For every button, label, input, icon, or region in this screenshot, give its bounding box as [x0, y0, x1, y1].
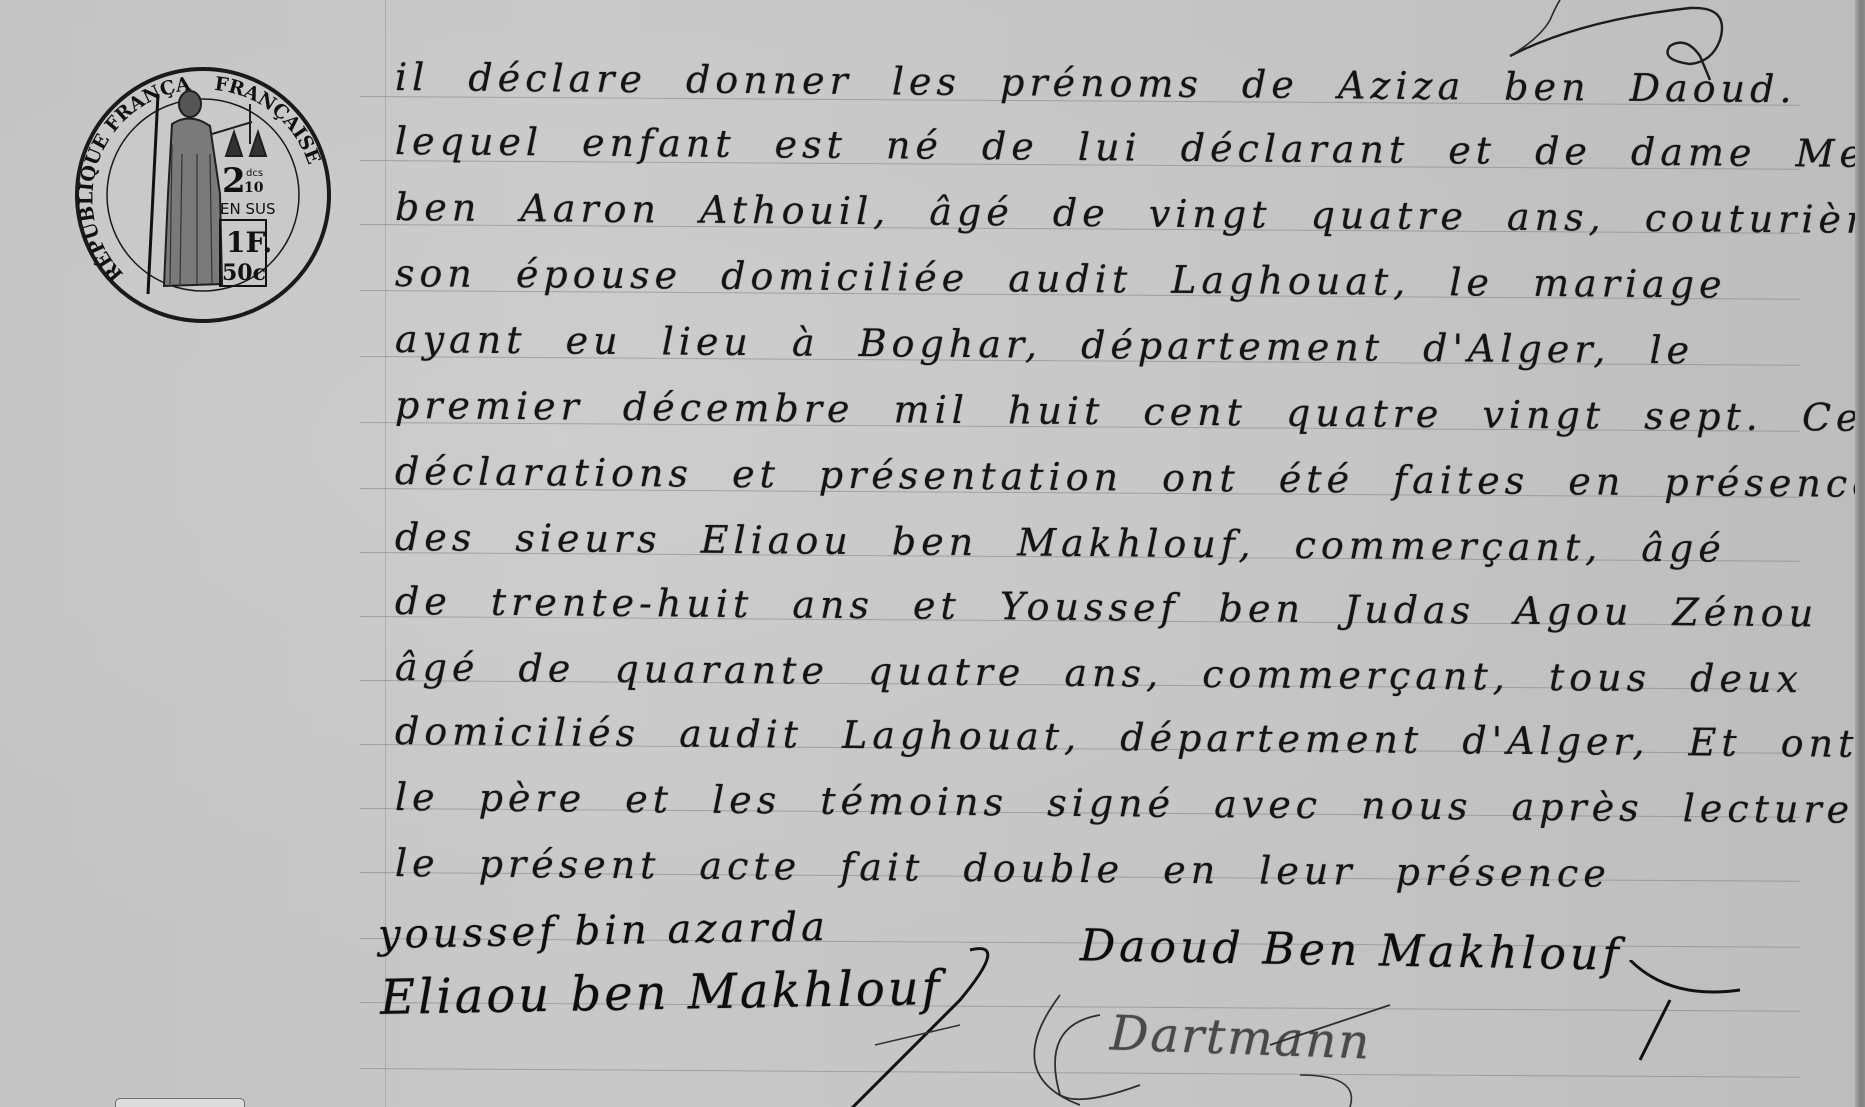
handwritten-line-8: des sieurs Eliaou ben Makhlouf, commerça… [395, 506, 1845, 581]
page-edge [1855, 0, 1865, 1107]
handwritten-line-11: domiciliés audit Laghouat, département d… [395, 700, 1845, 775]
officer-signature-flourish [1000, 985, 1440, 1107]
viewer-tab-handle[interactable] [115, 1098, 245, 1107]
handwritten-line-13: le présent acte fait double en leur prés… [395, 832, 1845, 907]
fiscal-stamp: RÉPUBLIQUE FRANÇAISE 2 dcs 10 EN SUS 1F.… [72, 64, 334, 326]
handwritten-line-9: de trente-huit ans et Youssef ben Judas … [395, 570, 1845, 645]
signature-father-tail [1610, 960, 1760, 1080]
handwritten-line-1: il déclare donner les prénoms de Aziza b… [395, 46, 1845, 121]
handwritten-line-6: premier décembre mil huit cent quatre vi… [395, 374, 1845, 449]
stamp-price-centimes: 50c [222, 260, 266, 286]
handwritten-line-10: âgé de quarante quatre ans, commerçant, … [395, 636, 1845, 711]
stamp-surtax-fraction: dcs [246, 168, 263, 179]
scanned-document-page: RÉPUBLIQUE FRANÇAISE 2 dcs 10 EN SUS 1F.… [0, 0, 1865, 1107]
stamp-surtax-number: 2 [222, 161, 246, 201]
handwritten-line-3: ben Aaron Athouil, âgé de vingt quatre a… [395, 176, 1845, 251]
handwritten-line-5: ayant eu lieu à Boghar, département d'Al… [395, 308, 1845, 383]
handwritten-line-2: lequel enfant est né de lui déclarant et… [395, 110, 1845, 185]
handwritten-line-7: déclarations et présentation ont été fai… [395, 440, 1845, 515]
handwritten-line-12: le père et les témoins signé avec nous a… [395, 766, 1845, 841]
stamp-surtax-ten: 10 [244, 180, 264, 196]
stamp-en-sus: EN SUS [220, 200, 276, 218]
signature-father-daoud: Daoud Ben Makhlouf [1080, 920, 1623, 980]
stamp-price-francs: 1F. [226, 226, 272, 259]
handwritten-line-4: son épouse domiciliée audit Laghouat, le… [395, 242, 1845, 317]
signature-flourish [760, 940, 1030, 1107]
